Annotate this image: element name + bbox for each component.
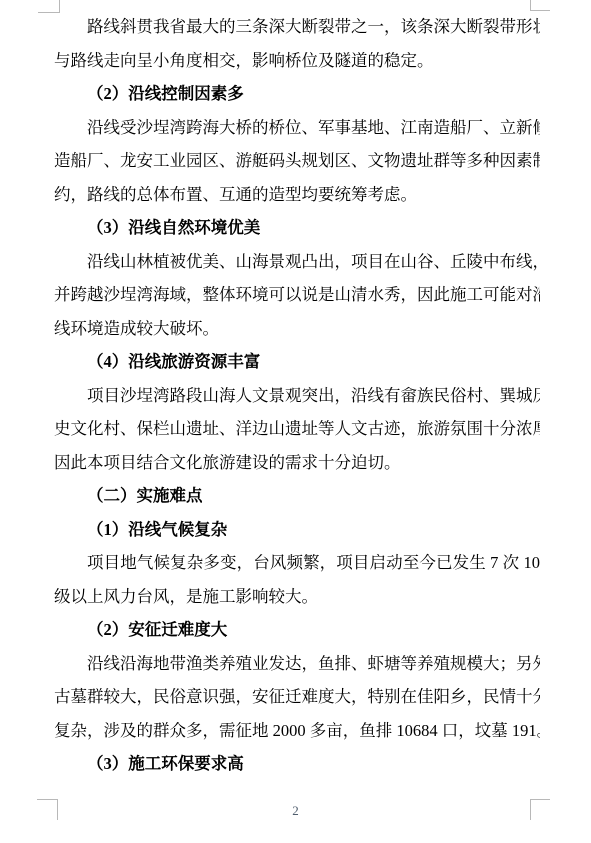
text-line: 沿线沿海地带渔类养殖业发达，鱼排、虾塘等养殖规模大；另外， xyxy=(54,647,540,681)
heading-block: （2）安征迁难度大 xyxy=(54,613,540,647)
text-line: 复杂，涉及的群众多，需征地 2000 多亩，鱼排 10684 口，坟墓 191。 xyxy=(54,714,540,748)
text-line: 路线斜贯我省最大的三条深大断裂带之一，该条深大断裂带形状 xyxy=(54,10,540,44)
text-line: 级以上风力台风，是施工影响较大。 xyxy=(54,580,540,614)
text-line: （2）安征迁难度大 xyxy=(54,613,540,647)
text-line: 并跨越沙埕湾海域，整体环境可以说是山清水秀，因此施工可能对沿 xyxy=(54,278,540,312)
text-line: 造船厂、龙安工业园区、游艇码头规划区、文物遗址群等多种因素制 xyxy=(54,144,540,178)
paragraph-block: 项目地气候复杂多变，台风频繁，项目启动至今已发生 7 次 10级以上风力台风，是… xyxy=(54,546,540,613)
page-number: 2 xyxy=(0,803,591,819)
heading-block: （3）沿线自然环境优美 xyxy=(54,211,540,245)
paragraph-block: 沿线山林植被优美、山海景观凸出，项目在山谷、丘陵中布线，并跨越沙埕湾海域，整体环… xyxy=(54,245,540,346)
text-line: （3）施工环保要求高 xyxy=(54,747,540,781)
text-line: 线环境造成较大破坏。 xyxy=(54,312,540,346)
document-content: 路线斜贯我省最大的三条深大断裂带之一，该条深大断裂带形状与路线走向呈小角度相交，… xyxy=(54,10,540,781)
heading-block: （2）沿线控制因素多 xyxy=(54,77,540,111)
text-line: 古墓群较大，民俗意识强，安征迁难度大，特别在佳阳乡，民情十分 xyxy=(54,680,540,714)
paragraph-block: 沿线沿海地带渔类养殖业发达，鱼排、虾塘等养殖规模大；另外，古墓群较大，民俗意识强… xyxy=(54,647,540,748)
paragraph-block: 项目沙埕湾路段山海人文景观突出，沿线有畲族民俗村、巽城历史文化村、保栏山遗址、洋… xyxy=(54,379,540,480)
text-line: 沿线受沙埕湾跨海大桥的桥位、军事基地、江南造船厂、立新修 xyxy=(54,111,540,145)
text-line: 因此本项目结合文化旅游建设的需求十分迫切。 xyxy=(54,446,540,480)
text-line: （4）沿线旅游资源丰富 xyxy=(54,345,540,379)
heading-block: （二）实施难点 xyxy=(54,479,540,513)
text-line: 项目地气候复杂多变，台风频繁，项目启动至今已发生 7 次 10 xyxy=(54,546,540,580)
text-line: 项目沙埕湾路段山海人文景观突出，沿线有畲族民俗村、巽城历 xyxy=(54,379,540,413)
text-line: （3）沿线自然环境优美 xyxy=(54,211,540,245)
text-line: 约，路线的总体布置、互通的造型均要统筹考虑。 xyxy=(54,178,540,212)
document-page: 路线斜贯我省最大的三条深大断裂带之一，该条深大断裂带形状与路线走向呈小角度相交，… xyxy=(0,0,591,843)
heading-block: （3）施工环保要求高 xyxy=(54,747,540,781)
text-line: （二）实施难点 xyxy=(54,479,540,513)
heading-block: （4）沿线旅游资源丰富 xyxy=(54,345,540,379)
text-line: 史文化村、保栏山遗址、洋边山遗址等人文古迹，旅游氛围十分浓厚， xyxy=(54,412,540,446)
text-line: 沿线山林植被优美、山海景观凸出，项目在山谷、丘陵中布线， xyxy=(54,245,540,279)
heading-block: （1）沿线气候复杂 xyxy=(54,513,540,547)
text-line: 与路线走向呈小角度相交，影响桥位及隧道的稳定。 xyxy=(54,44,540,78)
text-line: （2）沿线控制因素多 xyxy=(54,77,540,111)
paragraph-block: 沿线受沙埕湾跨海大桥的桥位、军事基地、江南造船厂、立新修造船厂、龙安工业园区、游… xyxy=(54,111,540,212)
text-line: （1）沿线气候复杂 xyxy=(54,513,540,547)
paragraph-block: 路线斜贯我省最大的三条深大断裂带之一，该条深大断裂带形状与路线走向呈小角度相交，… xyxy=(54,10,540,77)
